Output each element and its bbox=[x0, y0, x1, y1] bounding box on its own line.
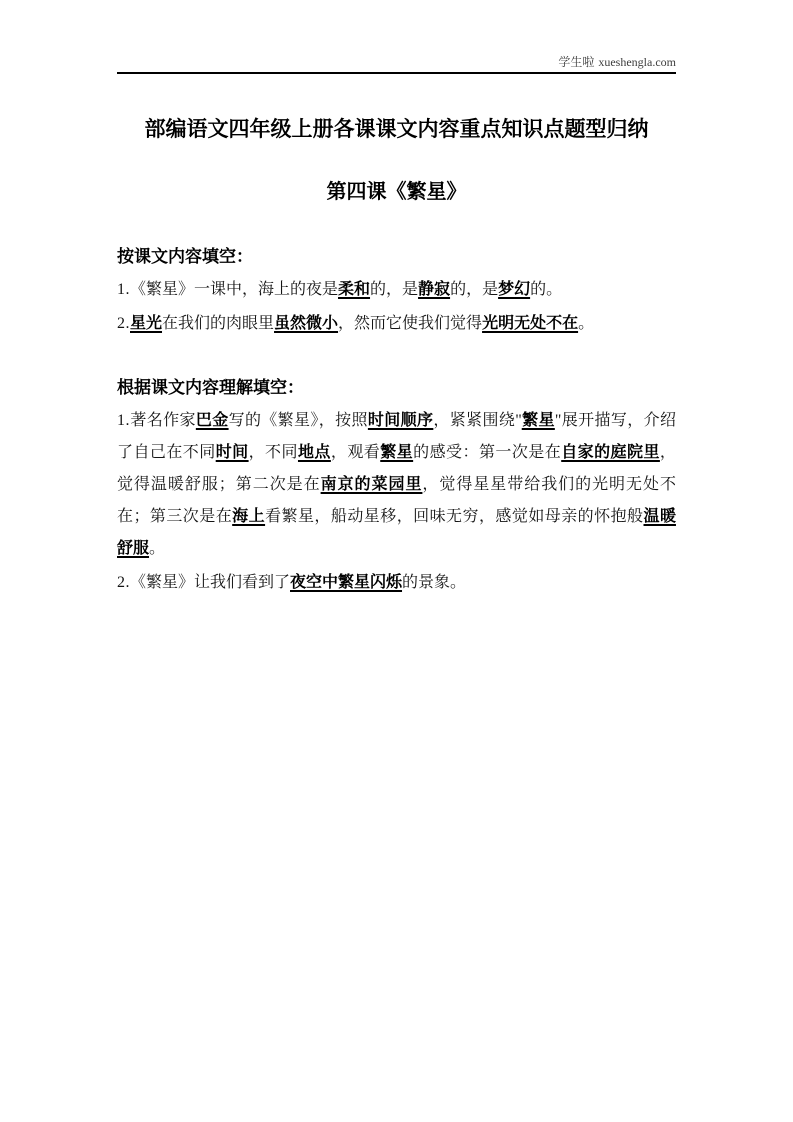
page-header: 学生啦xueshengla.com bbox=[117, 0, 676, 74]
site-url-label: xueshengla.com bbox=[598, 55, 676, 69]
site-name-label: 学生啦 bbox=[558, 55, 594, 69]
answer-blank-text: 自家的庭院里 bbox=[561, 444, 660, 461]
item-number: 1. bbox=[117, 412, 130, 429]
body-text: 的，是 bbox=[450, 281, 498, 298]
answer-blank-text: 梦幻 bbox=[498, 281, 530, 298]
body-text: 的。 bbox=[530, 281, 562, 298]
document-title: 部编语文四年级上册各课课文内容重点知识点题型归纳 bbox=[117, 116, 676, 142]
body-text: ，观看 bbox=[331, 444, 380, 461]
answer-blank-text: 星光 bbox=[130, 315, 162, 332]
item-rich-text: 星光在我们的肉眼里虽然微小，然而它使我们觉得光明无处不在。 bbox=[130, 315, 594, 332]
item-rich-text: 《繁星》一课中，海上的夜是柔和的，是静寂的，是梦幻的。 bbox=[130, 281, 562, 298]
answer-blank-text: 繁星 bbox=[380, 444, 413, 461]
fill-blanks-item-1: 1.《繁星》一课中，海上的夜是柔和的，是静寂的，是梦幻的。 bbox=[117, 274, 676, 306]
site-watermark: 学生啦xueshengla.com bbox=[117, 54, 676, 74]
body-text: 在我们的肉眼里 bbox=[162, 315, 274, 332]
fill-blanks-item-2: 2.星光在我们的肉眼里虽然微小，然而它使我们觉得光明无处不在。 bbox=[117, 308, 676, 340]
body-text: 著名作家 bbox=[130, 412, 196, 429]
item-rich-text: 《繁星》让我们看到了夜空中繁星闪烁的景象。 bbox=[130, 574, 466, 591]
body-text: 。 bbox=[578, 315, 594, 332]
item-number: 1. bbox=[117, 281, 130, 298]
answer-blank-text: 静寂 bbox=[418, 281, 450, 298]
answer-blank-text: 南京的菜园里 bbox=[321, 476, 423, 493]
body-text: 《繁星》让我们看到了 bbox=[130, 574, 290, 591]
section-heading-comprehension: 根据课文内容理解填空： bbox=[117, 377, 676, 400]
body-text: 。 bbox=[149, 540, 165, 557]
comprehension-item-1: 1.著名作家巴金写的《繁星》，按照时间顺序，紧紧围绕"繁星"展开描写，介绍了自己… bbox=[117, 405, 676, 565]
body-text: ，紧紧围绕" bbox=[433, 412, 521, 429]
answer-blank-text: 虽然微小 bbox=[274, 315, 338, 332]
body-text: 的，是 bbox=[370, 281, 418, 298]
lesson-title: 第四课《繁星》 bbox=[117, 180, 676, 204]
answer-blank-text: 巴金 bbox=[196, 412, 229, 429]
body-text: 的感受：第一次是在 bbox=[413, 444, 561, 461]
body-text: 的景象。 bbox=[402, 574, 466, 591]
comprehension-item-2: 2.《繁星》让我们看到了夜空中繁星闪烁的景象。 bbox=[117, 567, 676, 599]
body-text: 写的《繁星》，按照 bbox=[229, 412, 368, 429]
answer-blank-text: 光明无处不在 bbox=[482, 315, 578, 332]
body-text: ，然而它使我们觉得 bbox=[338, 315, 482, 332]
body-text: ，不同 bbox=[249, 444, 298, 461]
answer-blank-text: 地点 bbox=[298, 444, 331, 461]
document-body: 按课文内容填空： 1.《繁星》一课中，海上的夜是柔和的，是静寂的，是梦幻的。 2… bbox=[117, 246, 676, 599]
answer-blank-text: 柔和 bbox=[338, 281, 370, 298]
answer-blank-text: 海上 bbox=[232, 508, 265, 525]
item-number: 2. bbox=[117, 574, 130, 591]
body-text: 看繁星，船动星移，回味无穷，感觉如母亲的怀抱般 bbox=[265, 508, 643, 525]
item-rich-text: 著名作家巴金写的《繁星》，按照时间顺序，紧紧围绕"繁星"展开描写，介绍了自己在不… bbox=[117, 412, 676, 557]
answer-blank-text: 时间 bbox=[216, 444, 249, 461]
item-number: 2. bbox=[117, 315, 130, 332]
section-heading-fill-blanks: 按课文内容填空： bbox=[117, 246, 676, 269]
body-text: 《繁星》一课中，海上的夜是 bbox=[130, 281, 338, 298]
answer-blank-text: 繁星 bbox=[522, 412, 555, 429]
document-page: 学生啦xueshengla.com 部编语文四年级上册各课课文内容重点知识点题型… bbox=[0, 0, 793, 1122]
answer-blank-text: 时间顺序 bbox=[368, 412, 433, 429]
answer-blank-text: 夜空中繁星闪烁 bbox=[290, 574, 402, 591]
